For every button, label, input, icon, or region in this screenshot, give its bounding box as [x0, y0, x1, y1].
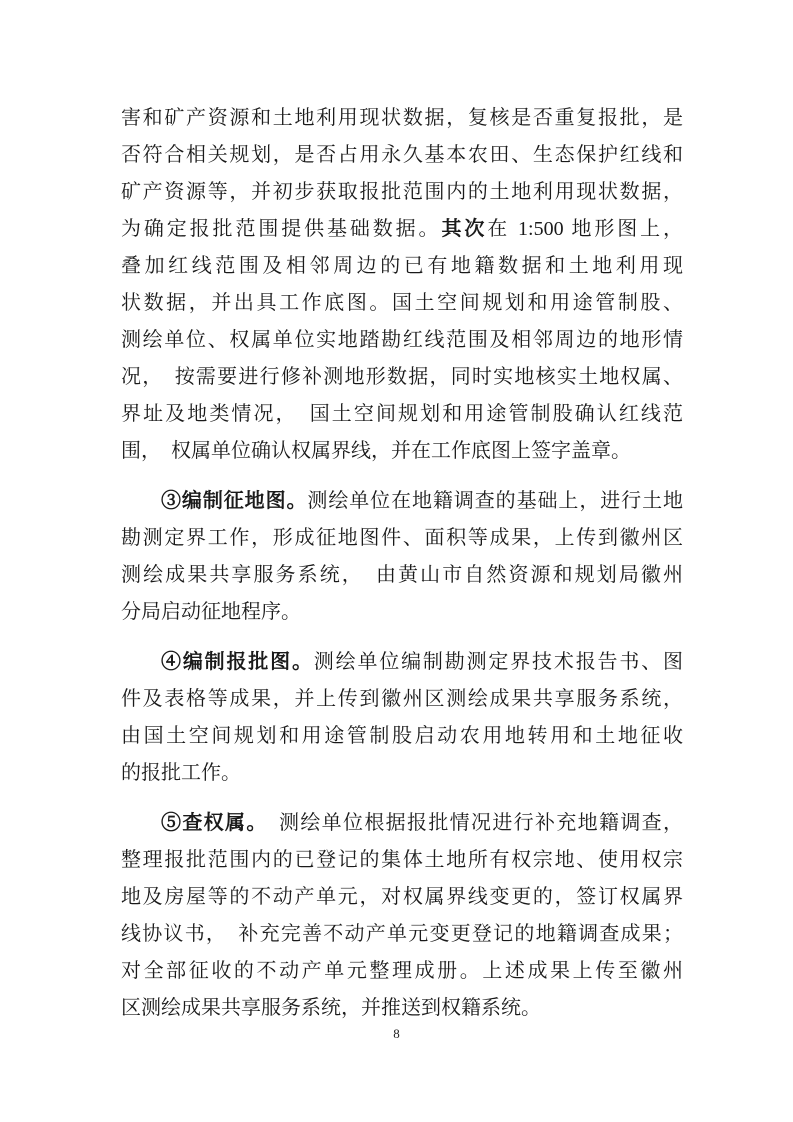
text-run: 测绘单位编制勘测定界技术报告书、图	[314, 651, 683, 673]
text-run: 整理报批范围内的已登记的集体土地所有权宗地、使用权宗	[121, 849, 683, 871]
text-run: 界址及地类情况， 国土空间规划和用途管制股确认红线范	[121, 403, 683, 425]
text-line: ④编制报批图。测绘单位编制勘测定界技术报告书、图	[121, 644, 683, 681]
paragraph: ⑤查权属。 测绘单位根据报批情况进行补充地籍调查，整理报批范围内的已登记的集体土…	[121, 805, 683, 1027]
text-run: 测绘单位根据报批情况进行补充地籍调查，	[258, 812, 683, 834]
text-run: 分局启动征地程序。	[121, 601, 301, 623]
bold-text-run: 其次	[441, 218, 487, 240]
text-run: 为确定报批范围提供基础数据。	[121, 218, 441, 240]
text-line: 地及房屋等的不动产单元，对权属界线变更的，签订权属界	[121, 879, 683, 916]
text-run: 测绘单位在地籍调查的基础上，进行土地	[307, 490, 683, 512]
text-line: 区测绘成果共享服务系统，并推送到权籍系统。	[121, 990, 683, 1027]
bold-text-run: ③编制征地图。	[161, 490, 307, 512]
text-run: 由国土空间规划和用途管制股启动农用地转用和土地征收	[121, 725, 683, 747]
text-line: 况， 按需要进行修补测地形数据，同时实地核实土地权属、	[121, 359, 683, 396]
document-page: 害和矿产资源和土地利用现状数据，复核是否重复报批，是否符合相关规划，是否占用永久…	[0, 0, 793, 1122]
text-line: 整理报批范围内的已登记的集体土地所有权宗地、使用权宗	[121, 842, 683, 879]
text-line: 测绘成果共享服务系统， 由黄山市自然资源和规划局徽州	[121, 557, 683, 594]
text-run: 状数据，并出具工作底图。国土空间规划和用途管制股、	[121, 292, 683, 314]
page-footer: 8	[0, 1026, 793, 1042]
text-line: 状数据，并出具工作底图。国土空间规划和用途管制股、	[121, 285, 683, 322]
text-line: 界址及地类情况， 国土空间规划和用途管制股确认红线范	[121, 396, 683, 433]
text-line: 的报批工作。	[121, 755, 683, 792]
text-run: 叠加红线范围及相邻周边的已有地籍数据和土地利用现	[121, 255, 683, 277]
page-number: 8	[393, 1026, 400, 1041]
text-line: 围， 权属单位确认权属界线，并在工作底图上签字盖章。	[121, 433, 683, 470]
text-line: 分局启动征地程序。	[121, 594, 683, 631]
paragraph: ③编制征地图。测绘单位在地籍调查的基础上，进行土地勘测定界工作，形成征地图件、面…	[121, 483, 683, 631]
text-run: 区测绘成果共享服务系统，并推送到权籍系统。	[121, 997, 541, 1019]
text-run: 在 1:500 地形图上，	[487, 218, 683, 240]
text-run: 件及表格等成果，并上传到徽州区测绘成果共享服务系统，	[121, 688, 683, 710]
text-line: 由国土空间规划和用途管制股启动农用地转用和土地征收	[121, 718, 683, 755]
text-line: 对全部征收的不动产单元整理成册。上述成果上传至徽州	[121, 953, 683, 990]
paragraph: 害和矿产资源和土地利用现状数据，复核是否重复报批，是否符合相关规划，是否占用永久…	[121, 100, 683, 470]
text-line: 否符合相关规划，是否占用永久基本农田、生态保护红线和	[121, 137, 683, 174]
text-run: 况， 按需要进行修补测地形数据，同时实地核实土地权属、	[121, 366, 683, 388]
text-line: 勘测定界工作，形成征地图件、面积等成果，上传到徽州区	[121, 520, 683, 557]
text-run: 线协议书， 补充完善不动产单元变更登记的地籍调查成果；	[121, 923, 683, 945]
text-run: 的报批工作。	[121, 762, 241, 784]
text-line: ⑤查权属。 测绘单位根据报批情况进行补充地籍调查，	[121, 805, 683, 842]
text-run: 围， 权属单位确认权属界线，并在工作底图上签字盖章。	[121, 440, 631, 462]
text-run: 地及房屋等的不动产单元，对权属界线变更的，签订权属界	[121, 886, 683, 908]
text-line: 叠加红线范围及相邻周边的已有地籍数据和土地利用现	[121, 248, 683, 285]
text-line: 测绘单位、权属单位实地踏勘红线范围及相邻周边的地形情	[121, 322, 683, 359]
text-run: 害和矿产资源和土地利用现状数据，复核是否重复报批，是	[121, 107, 683, 129]
text-run: 勘测定界工作，形成征地图件、面积等成果，上传到徽州区	[121, 527, 683, 549]
bold-text-run: ④编制报批图。	[161, 651, 314, 673]
text-run: 否符合相关规划，是否占用永久基本农田、生态保护红线和	[121, 144, 683, 166]
text-line: 件及表格等成果，并上传到徽州区测绘成果共享服务系统，	[121, 681, 683, 718]
bold-text-run: ⑤查权属。	[161, 812, 258, 834]
text-run: 测绘单位、权属单位实地踏勘红线范围及相邻周边的地形情	[121, 329, 683, 351]
text-line: 矿产资源等，并初步获取报批范围内的土地利用现状数据，	[121, 174, 683, 211]
text-line: ③编制征地图。测绘单位在地籍调查的基础上，进行土地	[121, 483, 683, 520]
document-body: 害和矿产资源和土地利用现状数据，复核是否重复报批，是否符合相关规划，是否占用永久…	[121, 100, 683, 1027]
text-run: 测绘成果共享服务系统， 由黄山市自然资源和规划局徽州	[121, 564, 683, 586]
paragraph: ④编制报批图。测绘单位编制勘测定界技术报告书、图件及表格等成果，并上传到徽州区测…	[121, 644, 683, 792]
text-run: 对全部征收的不动产单元整理成册。上述成果上传至徽州	[121, 960, 683, 982]
text-line: 线协议书， 补充完善不动产单元变更登记的地籍调查成果；	[121, 916, 683, 953]
text-line: 害和矿产资源和土地利用现状数据，复核是否重复报批，是	[121, 100, 683, 137]
text-run: 矿产资源等，并初步获取报批范围内的土地利用现状数据，	[121, 181, 683, 203]
text-line: 为确定报批范围提供基础数据。其次在 1:500 地形图上，	[121, 211, 683, 248]
